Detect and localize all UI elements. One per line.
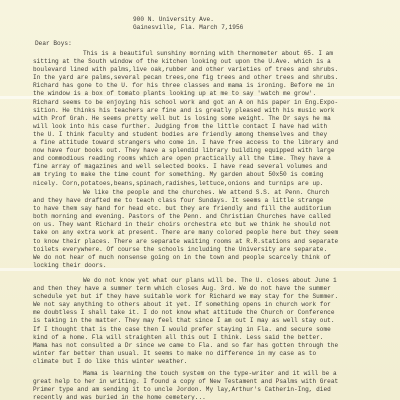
letter-line: both morning and evening. Pastors of the… [33,213,373,221]
letter-line: Mama is learning the touch system on the… [33,370,373,378]
letter-paragraph: We like the people and the churches. We … [33,189,373,270]
address-line-city-date: Gainesville, Fla. March 7,1956 [133,24,353,32]
letter-line: locking their doors. [33,262,373,270]
letter-line: and commodious reading rooms which are o… [33,155,373,163]
letter-line: recently and was buried in the home ceme… [33,394,373,400]
letter-line: We not say anything to others about it y… [33,301,373,309]
letter-line: winter far better than usual. It seems t… [33,350,373,358]
letter-line: to know their places. There are separate… [33,238,373,246]
letter-line: sition. He thinks his teachers are fine … [33,107,373,115]
letter-line: will look into his case further. Judging… [33,123,373,131]
letter-line: Mama has not consulted a Dr since we cam… [33,342,373,350]
letter-line: We do not know yet what our plans will b… [33,277,373,285]
letter-line: a fine attitude toward strangers who com… [33,139,373,147]
letter-line: and then they have a summer term which c… [33,285,373,293]
letter-line: fine array of magazines and well selecte… [33,163,373,171]
letter-line: Richard has gone to the U. for his three… [33,82,373,90]
letter-line: on us. They want Richard in their choirs… [33,221,373,229]
letter-line: This is a beautiful sunshiny morning wit… [33,50,373,58]
letter-line: nicely. Corn,potatoes,beans,spinach,radi… [33,180,373,188]
letter-line: take on any extra work at present. There… [33,229,373,237]
letter-line: kind of a home. Fla will straighten all … [33,334,373,342]
letter-line: Richard seems to be enjoying his school … [33,99,373,107]
letter-line: great help to her in writing. I found a … [33,378,373,386]
typewritten-letter: 900 N. University Ave. Gainesville, Fla.… [0,0,400,400]
letter-line: with Prof Grah. He seems pretty well but… [33,115,373,123]
letter-paragraph: This is a beautiful sunshiny morning wit… [33,50,373,188]
letter-line: am trying to make the time count for som… [33,171,373,179]
letter-line: We like the people and the churches. We … [33,189,373,197]
letter-line: the U. I think faculty and student bodie… [33,131,373,139]
letter-line: In the yard are palms,several pecan tree… [33,74,373,82]
letter-line: toilets everywhere. Of course the school… [33,246,373,254]
salutation: Dear Boys: [35,40,72,48]
letter-line: schedule yet but if they have suitable w… [33,293,373,301]
letter-line: climate but I do like this winter weathe… [33,358,373,366]
letter-line: If I thought that is the case then I wou… [33,326,373,334]
letter-paragraph: We do not know yet what our plans will b… [33,277,373,366]
letter-line: boulevard lined with palms,live oak,rubb… [33,66,373,74]
letter-header-address: 900 N. University Ave. Gainesville, Fla.… [133,16,353,32]
letter-line: We do not hear of much nonsense going on… [33,254,373,262]
letter-line: is taking in the matter. They may feel t… [33,317,373,325]
letter-paragraph: Mama is learning the touch system on the… [33,370,373,400]
letter-line: the window is a box of tomato plants loo… [33,90,373,98]
letter-line: sitting at the South window of the kitch… [33,58,373,66]
letter-line: now have four books out. They have a spl… [33,147,373,155]
letter-line: Primer type and am sending it to uncle J… [33,386,373,394]
address-line-street: 900 N. University Ave. [133,16,353,24]
letter-line: to have them say hand for head etc. but … [33,205,373,213]
letter-line: and they have drafted me to teach class … [33,197,373,205]
letter-line: me doubtless I shall take it. I do not k… [33,309,373,317]
